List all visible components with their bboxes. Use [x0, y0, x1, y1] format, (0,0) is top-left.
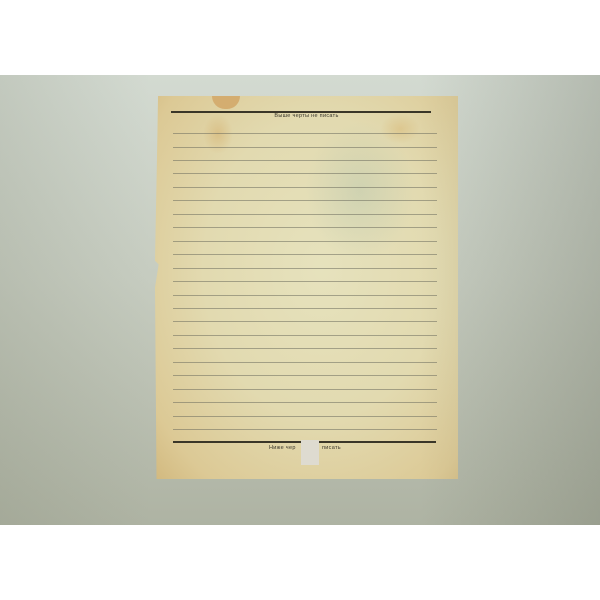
ruled-line [173, 227, 437, 228]
obscuring-patch [301, 440, 319, 465]
top-caption: Выше черты не писать [155, 113, 458, 119]
ruled-line [173, 375, 437, 376]
ruled-line [173, 187, 437, 188]
ruled-line [173, 133, 437, 134]
water-stain [203, 114, 233, 154]
ruled-line [173, 362, 437, 363]
ruled-line [173, 416, 437, 417]
bottom-caption-left: Ниже чер [269, 445, 296, 451]
paper-sheet: Выше черты не писать Ниже чер писать [155, 96, 458, 479]
ruled-line [173, 200, 437, 201]
bottom-caption-right: писать [322, 445, 341, 451]
ruled-line [173, 335, 437, 336]
ruled-line [173, 389, 437, 390]
ruled-line [173, 321, 437, 322]
ruled-line [173, 348, 437, 349]
ruled-line [173, 241, 437, 242]
ruled-line [173, 254, 437, 255]
ruled-line [173, 214, 437, 215]
ruled-line [173, 268, 437, 269]
ruled-line [173, 160, 437, 161]
ruled-line [173, 308, 437, 309]
top-edge-stain [212, 96, 240, 109]
ruled-line [173, 173, 437, 174]
ruled-line [173, 281, 437, 282]
ruled-line [173, 429, 437, 430]
ruled-line [173, 402, 437, 403]
ruled-line [173, 295, 437, 296]
photo-backdrop: Выше черты не писать Ниже чер писать [0, 75, 600, 525]
ruled-line [173, 147, 437, 148]
